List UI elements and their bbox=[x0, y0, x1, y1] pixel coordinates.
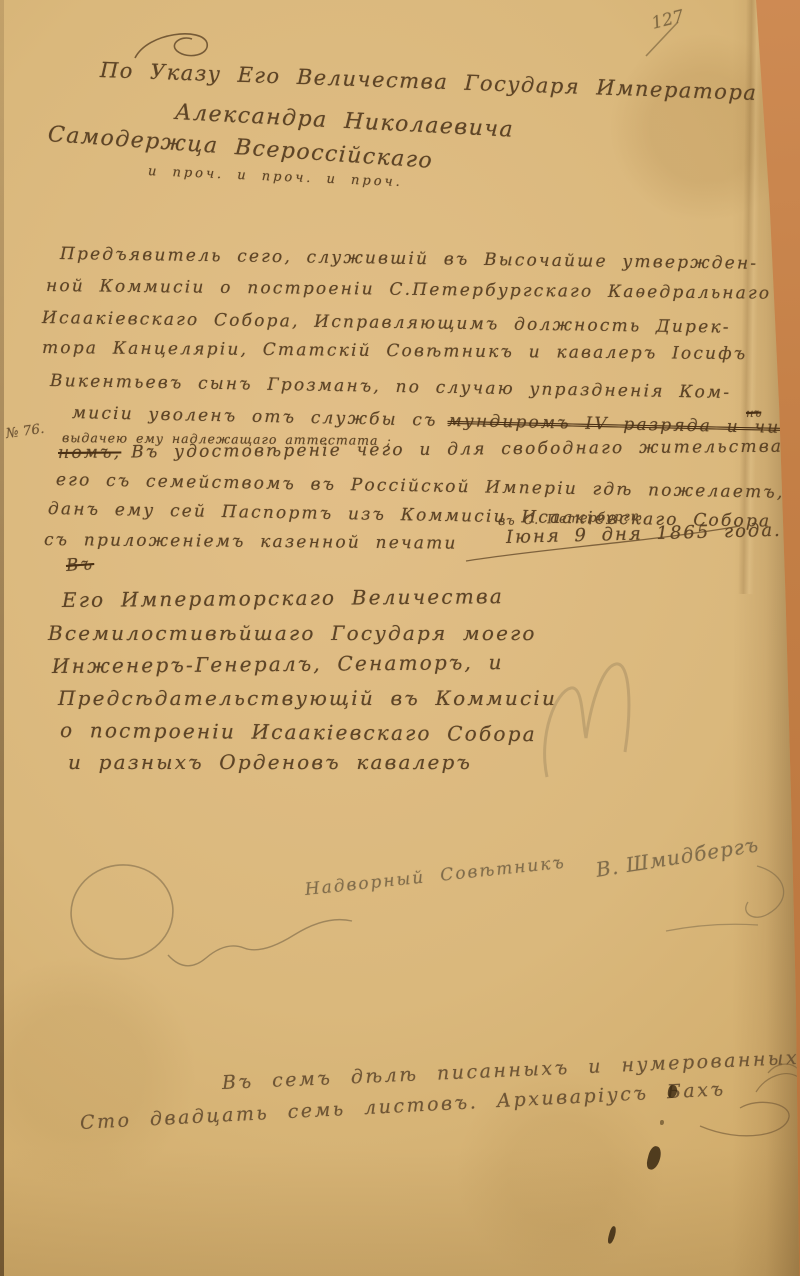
margin-case-number: № 76. bbox=[5, 421, 45, 442]
header-swash-icon bbox=[135, 34, 207, 58]
paper-edge-shadow bbox=[732, 0, 800, 1276]
closing-line-6: и разныхъ Орденовъ кавалеръ bbox=[68, 750, 472, 774]
paper-left-edge bbox=[0, 0, 4, 1276]
body-line-4: тора Канцеляріи, Статскій Совѣтникъ и ка… bbox=[42, 338, 747, 364]
body-line-2: ной Коммисіи о построеніи С.Петербургска… bbox=[46, 276, 772, 304]
closing-line-3: Инженеръ-Генералъ, Сенаторъ, и bbox=[52, 650, 504, 678]
body-line-6-struck-superscript: нъ bbox=[746, 405, 762, 420]
body-line-11-strikethrough: Въ bbox=[65, 554, 95, 576]
decree-header-line-1: По Указу Его Величества Государя Императ… bbox=[100, 58, 758, 105]
closing-line-5: о построеніи Исаакіевскаго Собора bbox=[60, 718, 537, 746]
body-line-7-text: Въ удостовѣреніе чего и для свободнаго ж… bbox=[131, 437, 783, 463]
closing-line-1: Его Императорскаго Величества bbox=[62, 584, 504, 612]
body-line-8: его съ семействомъ въ Россійской Имперіи… bbox=[56, 470, 800, 503]
ink-speck bbox=[660, 1120, 664, 1125]
body-line-8-text: его съ семействомъ въ Россійской Имперіи… bbox=[56, 470, 785, 503]
archivist-note-line-2: Сто двадцать семь листовъ. Архиваріусъ Б… bbox=[79, 1078, 726, 1134]
body-line-7-strikethrough: номъ, bbox=[58, 442, 121, 463]
paper-bottom-shade bbox=[0, 1146, 800, 1276]
pencil-rank-annotation: Надворный Совѣтникъ bbox=[304, 853, 567, 900]
body-line-8-strikethrough: въ bbox=[794, 483, 800, 503]
manuscript-photo: 127 По Указу Его Величества Государя Имп… bbox=[0, 0, 800, 1276]
pencil-oval-icon bbox=[65, 858, 179, 965]
paper-sheet: 127 По Указу Его Величества Государя Имп… bbox=[0, 0, 800, 1276]
body-line-1: Предъявитель сего, служившій въ Высочайш… bbox=[60, 244, 759, 274]
body-line-10-text: съ приложеніемъ казенной печати bbox=[44, 530, 458, 554]
pencil-scrawl-icon bbox=[168, 920, 352, 966]
body-line-5: Викентьевъ сынъ Грозманъ, по случаю упра… bbox=[50, 371, 732, 403]
body-line-6-text: мисіи уволенъ отъ службы съ bbox=[72, 403, 438, 431]
closing-line-4: Предсѣдательствующій въ Коммисіи bbox=[58, 686, 557, 710]
body-line-3: Исаакіевскаго Собора, Исправляющимъ долж… bbox=[42, 308, 731, 338]
closing-line-2: Всемилостивѣйшаго Государя моего bbox=[48, 621, 537, 645]
pencil-monogram-icon bbox=[545, 664, 629, 777]
folio-number: 127 bbox=[650, 6, 686, 33]
